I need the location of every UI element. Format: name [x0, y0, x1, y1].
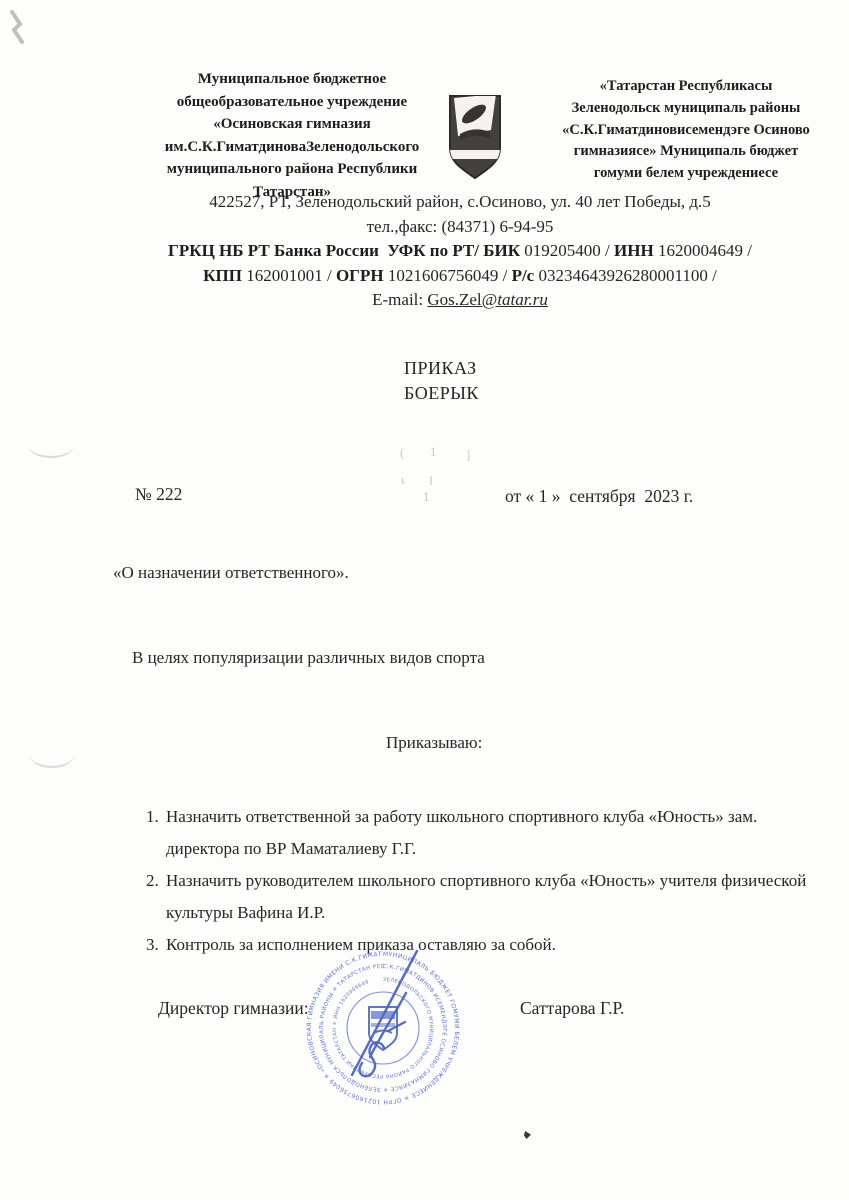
org-tat-line: гимназиясе» Муниципаль бюджет	[540, 141, 832, 163]
address-line: 422527, РТ, Зеленодольский район, с.Осин…	[60, 190, 849, 215]
signer-name: Саттарова Г.Р.	[520, 998, 624, 1019]
coat-of-arms-icon	[446, 92, 504, 186]
org-tat-line: Зеленодольск муниципаль районы	[540, 98, 832, 120]
signer-role: Директор гимназии:	[158, 998, 309, 1019]
org-ru-line: общеобразовательное учреждение	[142, 91, 442, 114]
org-tat-line: «С.К.Гиматдиновисемендэге Осиново	[540, 120, 832, 142]
email-domain: tatar.ru	[497, 290, 548, 309]
order-number: № 222	[135, 484, 182, 505]
scanned-order-document: Муниципальное бюджетное общеобразователь…	[0, 0, 849, 1200]
title-tatar: БОЕРЫК	[404, 381, 479, 406]
order-subject: «О назначении ответственного».	[113, 563, 349, 583]
org-ru-line: Муниципальное бюджетное	[142, 68, 442, 91]
title-russian: ПРИКАЗ	[404, 356, 479, 381]
email-user: Gos.Zel@	[427, 290, 497, 309]
email-line: E-mail: Gos.Zel@tatar.ru	[60, 288, 849, 313]
ink-speck	[524, 1131, 531, 1139]
order-preamble: В целях популяризации различных видов сп…	[132, 648, 485, 668]
inn-value: 1620004649 /	[654, 241, 752, 260]
account-label: Р/с	[512, 266, 535, 285]
inn-label: ИНН	[614, 241, 654, 260]
order-item: Назначить руководителем школьного спорти…	[163, 865, 835, 929]
phone-line: тел.,факс: (84371) 6-94-95	[60, 215, 849, 240]
order-items-list: Назначить ответственной за работу школьн…	[114, 801, 835, 961]
document-title: ПРИКАЗ БОЕРЫК	[404, 356, 479, 406]
hole-punch-shadow	[30, 742, 74, 768]
ghost-mark: 1	[423, 489, 430, 505]
scan-smudge-mark	[6, 8, 36, 48]
email-link[interactable]: Gos.Zel@tatar.ru	[427, 290, 548, 309]
order-item: Контроль за исполнением приказа оставляю…	[163, 929, 835, 961]
ghost-mark: ]	[466, 447, 470, 463]
account-value: 03234643926280001100 /	[534, 266, 717, 285]
ghost-mark: ι	[401, 472, 405, 488]
org-ru-line: «Осиновская гимназия	[142, 113, 442, 136]
hole-punch-shadow	[28, 432, 74, 458]
registration-line: КПП 162001001 / ОГРН 1021606756049 / Р/с…	[60, 264, 849, 289]
ghost-mark: (	[400, 445, 404, 461]
org-ru-line: им.С.К.ГиматдиноваЗеленодольского	[142, 136, 442, 159]
kpp-label: КПП	[203, 266, 242, 285]
bank-label: ГРКЦ НБ РТ Банка России УФК по РТ/ БИК	[168, 241, 520, 260]
ghost-mark: 1	[430, 444, 437, 460]
order-item: Назначить ответственной за работу школьн…	[163, 801, 835, 865]
ghost-mark: ‖	[429, 473, 433, 489]
ogrn-value: 1021606756049 /	[384, 266, 512, 285]
org-name-russian: Муниципальное бюджетное общеобразователь…	[142, 68, 442, 203]
order-date: от « 1 » сентября 2023 г.	[505, 486, 693, 507]
bik-value: 019205400 /	[520, 241, 614, 260]
org-ru-line: муниципального района Республики	[142, 158, 442, 181]
org-tat-line: «Татарстан Республикасы	[540, 76, 832, 98]
kpp-value: 162001001 /	[242, 266, 336, 285]
official-stamp-icon: МУНИЦИПАЛЬ БЮДЖЕТ ГОМУМИ БЕЛЕМ УЧРЕЖДЕНИ…	[300, 945, 466, 1111]
org-tat-line: гомуми белем учреждениесе	[540, 163, 832, 185]
bank-line: ГРКЦ НБ РТ Банка России УФК по РТ/ БИК 0…	[60, 239, 849, 264]
contacts-block: 422527, РТ, Зеленодольский район, с.Осин…	[60, 190, 849, 313]
email-label: E-mail:	[372, 290, 427, 309]
org-name-tatar: «Татарстан Республикасы Зеленодольск мун…	[540, 76, 832, 185]
order-directive: Приказываю:	[386, 733, 482, 753]
ogrn-label: ОГРН	[336, 266, 384, 285]
